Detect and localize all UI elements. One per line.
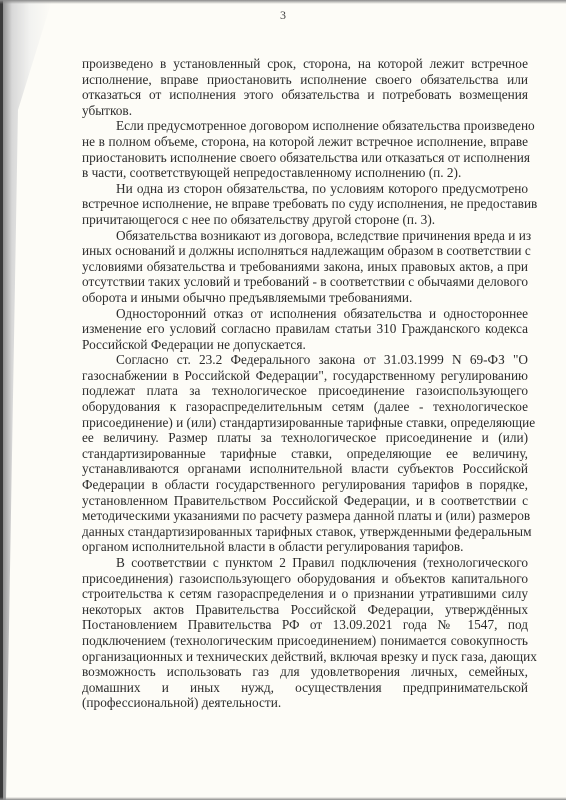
paragraph: В соответствии с пунктом 2 Правил подклю… [82,555,528,711]
text-line: причитающегося с нее по обязательству др… [82,212,528,228]
text-line: оборота и иными обычно предъявляемыми тр… [82,290,528,306]
text-line: не в полном объеме, сторона, на которой … [82,134,528,150]
scan-edge-top [0,0,566,4]
paragraph: Если предусмотренное договором исполнени… [82,118,528,180]
text-line: установленном Правительством Российской … [82,493,528,509]
text-line: (профессиональной) деятельности. [82,695,528,711]
text-line: газоснабжении в Российской Федерации", г… [82,368,528,384]
text-line: Односторонний отказ от исполнения обязат… [82,306,528,322]
document-body: произведено в установленный срок, сторон… [82,56,528,711]
text-line: подлежат плата за технологическое присое… [82,383,528,399]
text-line: некоторых актов Правительства Российской… [82,602,528,618]
text-line: оборудования к газораспределительным сет… [82,399,528,415]
paragraph: произведено в установленный срок, сторон… [82,56,528,118]
text-line: Постановлением Правительства РФ от 13.09… [82,617,528,633]
text-line: в части, соответствующей непредоставленн… [82,165,528,181]
text-line: встречное исполнение, не вправе требоват… [82,196,528,212]
paragraph: Односторонний отказ от исполнения обязат… [82,306,528,353]
text-line: Ни одна из сторон обязательства, по усло… [82,181,528,197]
text-line: В соответствии с пунктом 2 Правил подклю… [82,555,528,571]
text-line: Обязательства возникают из договора, всл… [82,228,528,244]
text-line: ее величину. Размер платы за технологиче… [82,430,528,446]
paragraph: Ни одна из сторон обязательства, по усло… [82,181,528,228]
page-number: 3 [0,8,566,23]
text-line: исполнение, вправе приостановить исполне… [82,72,528,88]
paragraph: Согласно ст. 23.2 Федерального закона от… [82,352,528,555]
text-line: присоединения) газоиспользующего оборудо… [82,571,528,587]
text-line: убытков. [82,103,528,119]
text-line: условиями обязательства и требованиями з… [82,259,528,275]
text-line: подключением (технологическим присоедине… [82,633,528,649]
text-line: методическими указаниями по расчету разм… [82,508,528,524]
paragraph: Обязательства возникают из договора, всл… [82,228,528,306]
text-line: произведено в установленный срок, сторон… [82,56,528,72]
text-line: стандартизированные тарифные ставки, опр… [82,446,528,462]
text-line: приостановить исполнение своего обязател… [82,150,528,166]
text-line: домашних и иных нужд, осуществления пред… [82,680,528,696]
text-line: организационных и технических действий, … [82,649,528,665]
text-line: устанавливаются органами исполнительной … [82,461,528,477]
text-line: иных оснований и должны исполняться надл… [82,243,528,259]
text-line: присоединение) и (или) стандартизированн… [82,415,528,431]
text-line: изменение его условий согласно правилам … [82,321,528,337]
text-line: Федерации в области государственного рег… [82,477,528,493]
text-line: строительства к сетям газораспределения … [82,586,528,602]
scan-edge-left [0,0,3,800]
text-line: отказаться от исполнения этого обязатель… [82,87,528,103]
text-line: возможность использовать газ для удовлет… [82,664,528,680]
text-line: данных стандартизированных тарифных став… [82,524,528,540]
text-line: Если предусмотренное договором исполнени… [82,118,528,134]
text-line: органом исполнительной власти в области … [82,539,528,555]
text-line: Российской Федерации не допускается. [82,337,528,353]
text-line: отсутствии таких условий и требований - … [82,274,528,290]
scan-shadow-left [0,0,52,800]
text-line: Согласно ст. 23.2 Федерального закона от… [82,352,528,368]
